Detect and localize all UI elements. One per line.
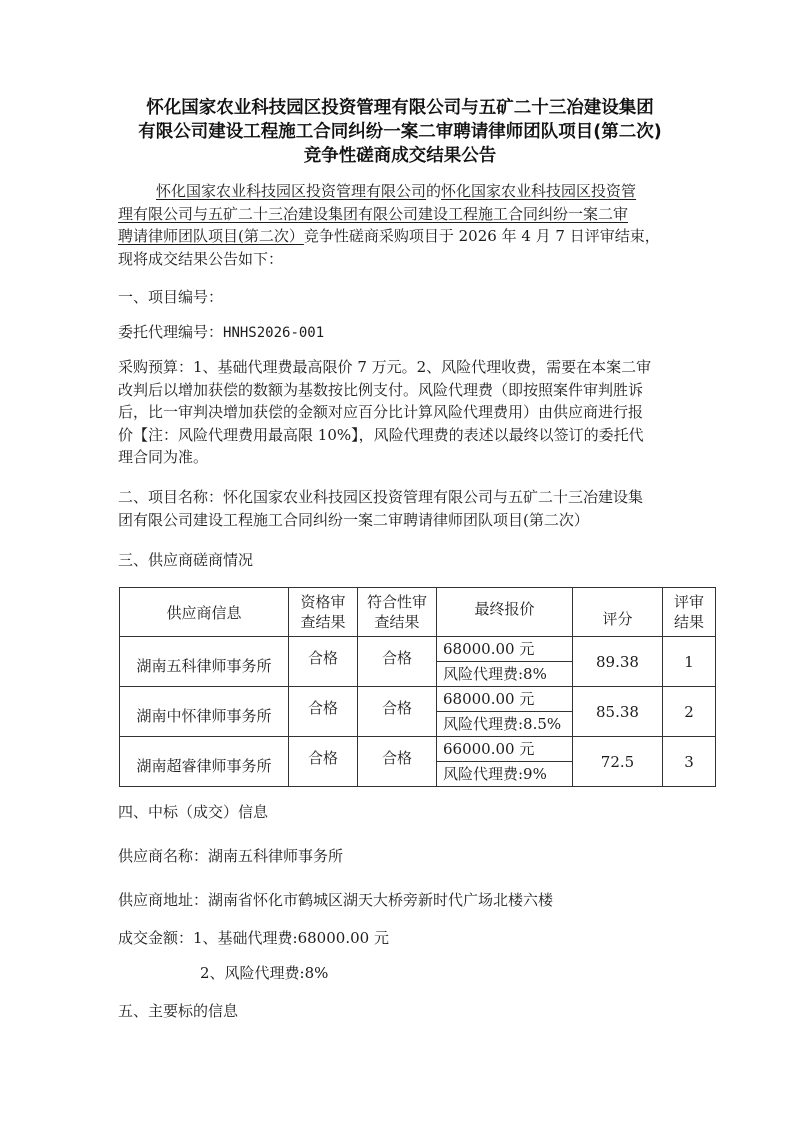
deal-amount-risk: 2、风险代理费:8% xyxy=(200,962,760,985)
final-price: 66000.00 元 风险代理费:9% xyxy=(437,737,573,787)
header-qualification: 资格审 查结果 xyxy=(289,588,358,637)
rank: 1 xyxy=(663,637,716,687)
section4-heading: 四、中标（成交）信息 xyxy=(118,801,678,824)
risk-fee: 风险代理费:8.5% xyxy=(437,712,572,736)
agency-number: 委托代理编号：HNHS2026-001 xyxy=(118,321,678,345)
table-row: 湖南超睿律师事务所 合格 合格 66000.00 元 风险代理费:9% 72.5… xyxy=(120,737,716,787)
budget-line: 后，比一审判决增加获偿的金额对应百分比计算风险代理费用）由供应商进行报 xyxy=(118,401,678,424)
score: 85.38 xyxy=(573,687,663,737)
project-name-part2: 理有限公司与五矿二十三冶建设集团有限公司建设工程施工合同纠纷一案二审 xyxy=(118,205,628,223)
winning-supplier-address-text: 供应商地址：湖南省怀化市鹤城区湖天大桥旁新时代广场北楼六楼 xyxy=(118,889,678,912)
deal-amount-line1: 成交金额：1、基础代理费:68000.00 元 xyxy=(118,927,678,950)
section1-heading: 一、项目编号： xyxy=(118,286,678,309)
project-name-line: 二、项目名称：怀化国家农业科技园区投资管理有限公司与五矿二十三冶建设集 xyxy=(118,486,678,509)
budget-paragraph: 采购预算：1、基础代理费最高限价 7 万元。2、风险代理收费，需要在本案二审 改… xyxy=(118,356,678,469)
agency-number-value: HNHS2026-001 xyxy=(223,325,324,341)
deal-amount-line2: 2、风险代理费:8% xyxy=(200,962,760,985)
qualification-result: 合格 xyxy=(289,637,358,687)
intro-paragraph: 怀化国家农业科技园区投资管理有限公司的怀化国家农业科技园区投资管 理有限公司与五… xyxy=(118,180,678,270)
title-line-2: 有限公司建设工程施工合同纠纷一案二审聘请律师团队项目(第二次) xyxy=(100,120,700,144)
header-qualification-line2: 查结果 xyxy=(289,612,357,632)
section4-heading-text: 四、中标（成交）信息 xyxy=(118,801,678,824)
table-row: 湖南五科律师事务所 合格 合格 68000.00 元 风险代理费:8% 89.3… xyxy=(120,637,716,687)
qualification-result: 合格 xyxy=(289,687,358,737)
base-price: 66000.00 元 xyxy=(437,737,572,762)
risk-fee: 风险代理费:9% xyxy=(437,762,572,786)
compliance-result: 合格 xyxy=(358,687,437,737)
header-compliance-line1: 符合性审 xyxy=(358,592,436,612)
section3-heading: 三、供应商磋商情况 xyxy=(118,549,678,572)
budget-line: 理合同为准。 xyxy=(118,446,678,469)
risk-fee: 风险代理费:8% xyxy=(437,662,572,686)
project-name-section: 二、项目名称：怀化国家农业科技园区投资管理有限公司与五矿二十三冶建设集 团有限公… xyxy=(118,486,678,531)
base-price: 68000.00 元 xyxy=(437,687,572,712)
header-result-line2: 结果 xyxy=(663,612,715,632)
purchaser-name: 怀化国家农业科技园区投资管理有限公司 xyxy=(156,182,426,200)
score: 72.5 xyxy=(573,737,663,787)
section3-heading-text: 三、供应商磋商情况 xyxy=(118,549,678,572)
project-name-part3: 聘请律师团队项目(第二次） xyxy=(118,227,304,245)
header-score: 评分 xyxy=(573,588,663,637)
header-result-line1: 评审 xyxy=(663,592,715,612)
budget-line: 价【注：风险代理费用最高限 10%】，风险代理费的表述以最终以签订的委托代 xyxy=(118,424,678,447)
project-name-line: 团有限公司建设工程施工合同纠纷一案二审聘请律师团队项目(第二次） xyxy=(118,509,678,532)
compliance-result: 合格 xyxy=(358,637,437,687)
title-line-1: 怀化国家农业科技园区投资管理有限公司与五矿二十三冶建设集团 xyxy=(100,96,700,120)
deal-amount: 成交金额：1、基础代理费:68000.00 元 xyxy=(118,927,678,950)
title-line-3: 竞争性磋商成交结果公告 xyxy=(100,144,700,168)
score: 89.38 xyxy=(573,637,663,687)
final-price: 68000.00 元 风险代理费:8.5% xyxy=(437,687,573,737)
budget-line: 改判后以增加获偿的数额为基数按比例支付。风险代理费（即按照案件审判胜诉 xyxy=(118,379,678,402)
supplier-name: 湖南中怀律师事务所 xyxy=(120,687,289,737)
table-row: 湖南中怀律师事务所 合格 合格 68000.00 元 风险代理费:8.5% 85… xyxy=(120,687,716,737)
winning-supplier-address: 供应商地址：湖南省怀化市鹤城区湖天大桥旁新时代广场北楼六楼 xyxy=(118,889,678,912)
header-supplier: 供应商信息 xyxy=(120,588,289,637)
project-name-part1: 怀化国家农业科技园区投资管 xyxy=(441,182,636,200)
header-final-price: 最终报价 xyxy=(437,588,573,637)
agency-number-label: 委托代理编号： xyxy=(118,323,223,341)
qualification-result: 合格 xyxy=(289,737,358,787)
rank: 3 xyxy=(663,737,716,787)
document-page: 怀化国家农业科技园区投资管理有限公司与五矿二十三冶建设集团 有限公司建设工程施工… xyxy=(0,0,793,1122)
intro-review-date: 竞争性磋商采购项目于 2026 年 4 月 7 日评审结束， xyxy=(304,227,660,245)
section1-heading-text: 一、项目编号： xyxy=(118,286,678,309)
intro-connector: 的 xyxy=(426,182,441,200)
compliance-result: 合格 xyxy=(358,737,437,787)
header-compliance-line2: 查结果 xyxy=(358,612,436,632)
header-result: 评审 结果 xyxy=(663,588,716,637)
base-price: 68000.00 元 xyxy=(437,637,572,662)
table-header-row: 供应商信息 资格审 查结果 符合性审 查结果 最终报价 评分 评审 结果 xyxy=(120,588,716,637)
section5-heading: 五、主要标的信息 xyxy=(118,1000,678,1023)
final-price: 68000.00 元 风险代理费:8% xyxy=(437,637,573,687)
supplier-table: 供应商信息 资格审 查结果 符合性审 查结果 最终报价 评分 评审 结果 湖南五… xyxy=(119,587,716,787)
intro-closing: 现将成交结果公告如下： xyxy=(118,248,678,271)
budget-line: 采购预算：1、基础代理费最高限价 7 万元。2、风险代理收费，需要在本案二审 xyxy=(118,356,678,379)
header-compliance: 符合性审 查结果 xyxy=(358,588,437,637)
winning-supplier-name: 供应商名称：湖南五科律师事务所 xyxy=(118,845,678,868)
section5-heading-text: 五、主要标的信息 xyxy=(118,1000,678,1023)
document-title: 怀化国家农业科技园区投资管理有限公司与五矿二十三冶建设集团 有限公司建设工程施工… xyxy=(100,96,700,168)
supplier-name: 湖南五科律师事务所 xyxy=(120,637,289,687)
supplier-name: 湖南超睿律师事务所 xyxy=(120,737,289,787)
header-qualification-line1: 资格审 xyxy=(289,592,357,612)
winning-supplier-name-text: 供应商名称：湖南五科律师事务所 xyxy=(118,845,678,868)
rank: 2 xyxy=(663,687,716,737)
